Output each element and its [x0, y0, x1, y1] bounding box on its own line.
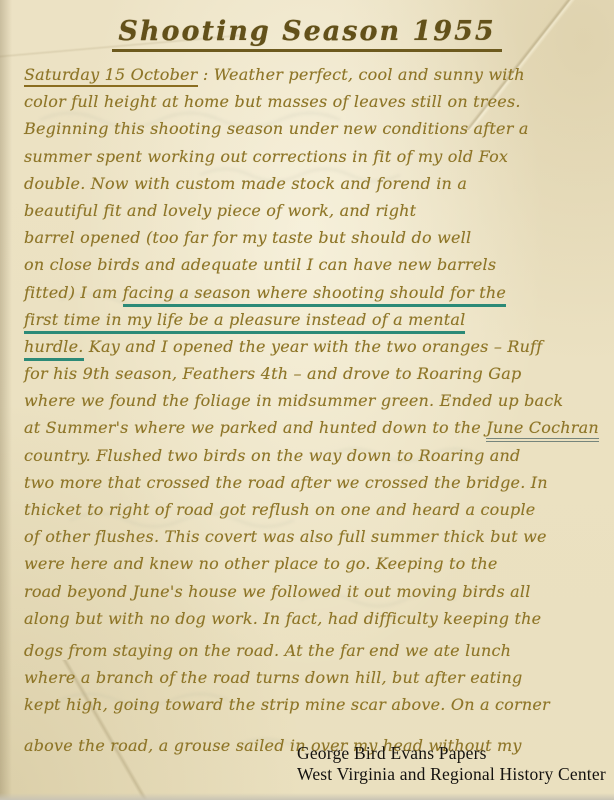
handwritten-line: summer spent working out corrections in …: [24, 143, 602, 170]
paper-edge-shadow: [0, 0, 12, 800]
handwritten-line: at Summer's where we parked and hunted d…: [24, 414, 602, 441]
stamp-line-1: George Bird Evans Papers: [297, 743, 606, 764]
handwritten-line: fitted) I am facing a season where shoot…: [24, 279, 602, 306]
paper-edge-bottom: [0, 793, 614, 800]
stamp-line-2: West Virginia and Regional History Cente…: [297, 764, 606, 785]
handwritten-line: thicket to right of road got reflush on …: [24, 496, 602, 523]
handwritten-line: double. Now with custom made stock and f…: [24, 170, 602, 197]
journal-page: Shooting Season 1955 Saturday 15 October…: [0, 0, 614, 800]
archive-stamp: George Bird Evans Papers West Virginia a…: [297, 743, 606, 785]
handwritten-line: dogs from staying on the road. At the fa…: [24, 637, 602, 664]
handwritten-line: road beyond June's house we followed it …: [24, 578, 602, 605]
handwritten-line: where a branch of the road turns down hi…: [24, 664, 602, 691]
handwritten-line: first time in my life be a pleasure inst…: [24, 306, 602, 333]
handwritten-line: country. Flushed two birds on the way do…: [24, 442, 602, 469]
handwritten-line: along but with no dog work. In fact, had…: [24, 605, 602, 632]
journal-text: Saturday 15 October : Weather perfect, c…: [24, 61, 602, 759]
page-title: Shooting Season 1955: [0, 16, 614, 52]
handwritten-line: were here and knew no other place to go.…: [24, 550, 602, 577]
handwritten-line: two more that crossed the road after we …: [24, 469, 602, 496]
handwritten-line: on close birds and adequate until I can …: [24, 251, 602, 278]
handwritten-line: Saturday 15 October : Weather perfect, c…: [24, 61, 602, 88]
handwritten-line: Beginning this shooting season under new…: [24, 115, 602, 142]
handwritten-line: barrel opened (too far for my taste but …: [24, 224, 602, 251]
handwritten-line: hurdle. Kay and I opened the year with t…: [24, 333, 602, 360]
handwritten-line: of other flushes. This covert was also f…: [24, 523, 602, 550]
handwritten-line: for his 9th season, Feathers 4th – and d…: [24, 360, 602, 387]
handwritten-line: where we found the foliage in midsummer …: [24, 387, 602, 414]
page-title-text: Shooting Season 1955: [112, 16, 501, 52]
handwritten-line: beautiful fit and lovely piece of work, …: [24, 197, 602, 224]
handwritten-line: kept high, going toward the strip mine s…: [24, 691, 602, 718]
handwritten-line: color full height at home but masses of …: [24, 88, 602, 115]
